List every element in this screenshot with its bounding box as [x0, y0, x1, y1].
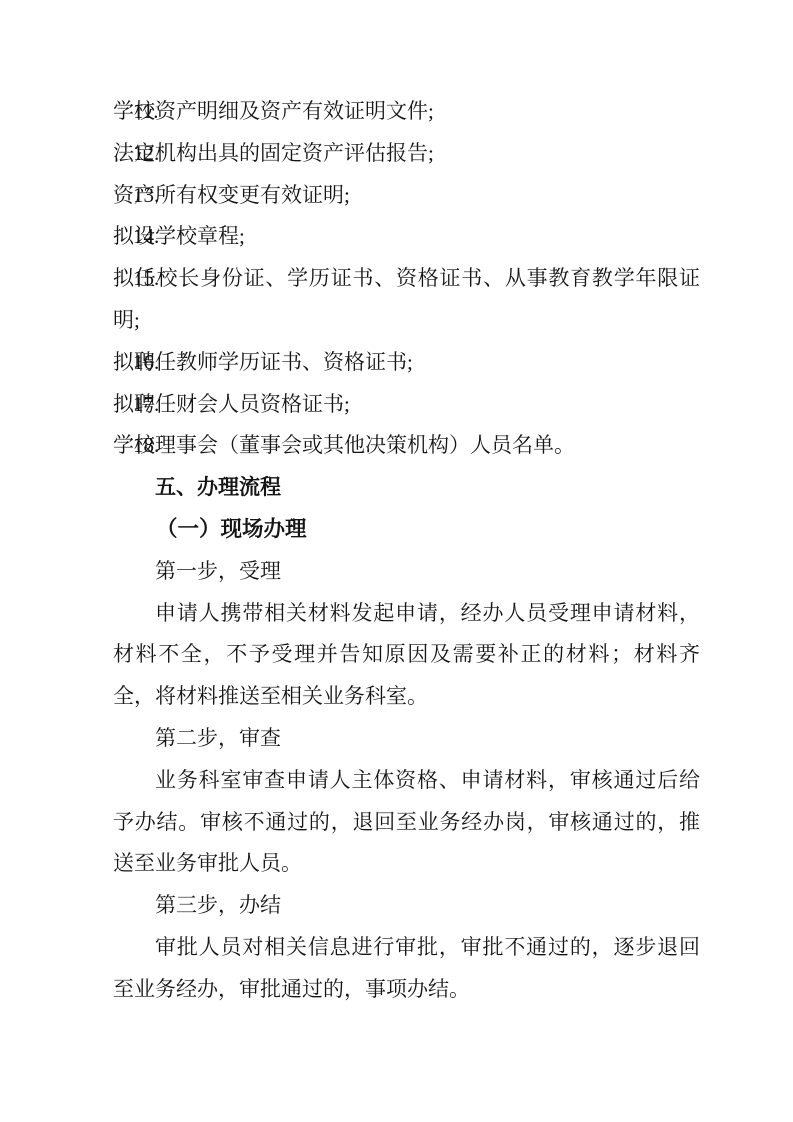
document-page: 11. 学校资产明细及资产有效证明文件; 12. 法定机构出具的固定资产评估报告…	[0, 0, 793, 1122]
step-paragraph: 审批人员对相关信息进行审批，审批不通过的，逐步退回至业务经办，审批通过的，事项办…	[113, 927, 700, 1011]
step-paragraph: 业务科室审查申请人主体资格、申请材料，审核通过后给予办结。审核不通过的，退回至业…	[113, 760, 700, 885]
step-title: 第三步，办结	[113, 885, 700, 927]
list-item-number: 15.	[133, 258, 159, 300]
list-item-text: 法定机构出具的固定资产评估报告;	[113, 141, 434, 165]
step-title: 第一步，受理	[113, 551, 700, 593]
list-item-number: 16.	[133, 342, 159, 384]
list-item: 18. 学校理事会（董事会或其他决策机构）人员名单。	[113, 425, 700, 467]
list-item-text: 拟任校长身份证、学历证书、资格证书、从事教育教学年限证明;	[113, 266, 700, 332]
step-title: 第二步，审查	[113, 718, 700, 760]
list-item-number: 18.	[133, 425, 159, 467]
list-item: 12. 法定机构出具的固定资产评估报告;	[113, 133, 700, 175]
section-heading: 五、办理流程	[113, 467, 700, 509]
list-item: 14. 拟设学校章程;	[113, 216, 700, 258]
list-item: 16. 拟聘任教师学历证书、资格证书;	[113, 342, 700, 384]
list-item: 11. 学校资产明细及资产有效证明文件;	[113, 91, 700, 133]
list-item-number: 14.	[133, 216, 159, 258]
list-item: 13. 资产所有权变更有效证明;	[113, 175, 700, 217]
list-item-number: 17.	[133, 384, 159, 426]
list-item-number: 13.	[133, 175, 159, 217]
list-item: 15. 拟任校长身份证、学历证书、资格证书、从事教育教学年限证明;	[113, 258, 700, 342]
step-paragraph: 申请人携带相关材料发起申请，经办人员受理申请材料，材料不全，不予受理并告知原因及…	[113, 593, 700, 718]
list-item-number: 12.	[133, 133, 159, 175]
list-item: 17. 拟聘任财会人员资格证书;	[113, 384, 700, 426]
subsection-heading: （一）现场办理	[113, 509, 700, 551]
list-item-number: 11.	[133, 91, 158, 133]
document-content: 11. 学校资产明细及资产有效证明文件; 12. 法定机构出具的固定资产评估报告…	[113, 91, 700, 1011]
list-item-text: 学校理事会（董事会或其他决策机构）人员名单。	[113, 433, 575, 457]
list-item-text: 学校资产明细及资产有效证明文件;	[113, 99, 434, 123]
